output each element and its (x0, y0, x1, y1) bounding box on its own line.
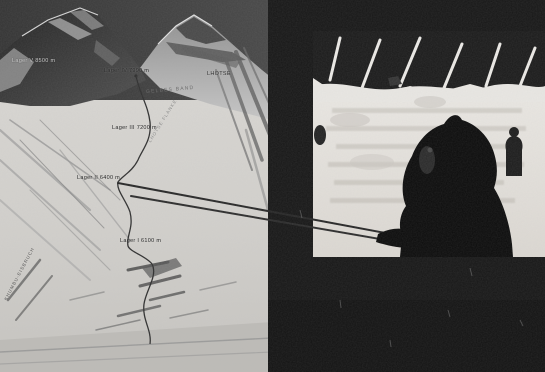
film-grain-overlay (0, 0, 545, 372)
scanned-photo-spread: Lager V 8500 m Lager IV 7990 m LHOTSE GE… (0, 0, 545, 372)
camp-iii-label: Lager III 7200 m (112, 126, 157, 132)
camp-v-label: Lager V 8500 m (12, 59, 55, 65)
camp-i-label: Lager I 6100 m (120, 239, 161, 245)
photo-scene (0, 0, 545, 372)
lhotse-peak-label: LHOTSE (207, 72, 231, 78)
camp-ii-label: Lager II 6400 m (77, 176, 120, 182)
camp-iv-label: Lager IV 7990 m (104, 69, 149, 75)
